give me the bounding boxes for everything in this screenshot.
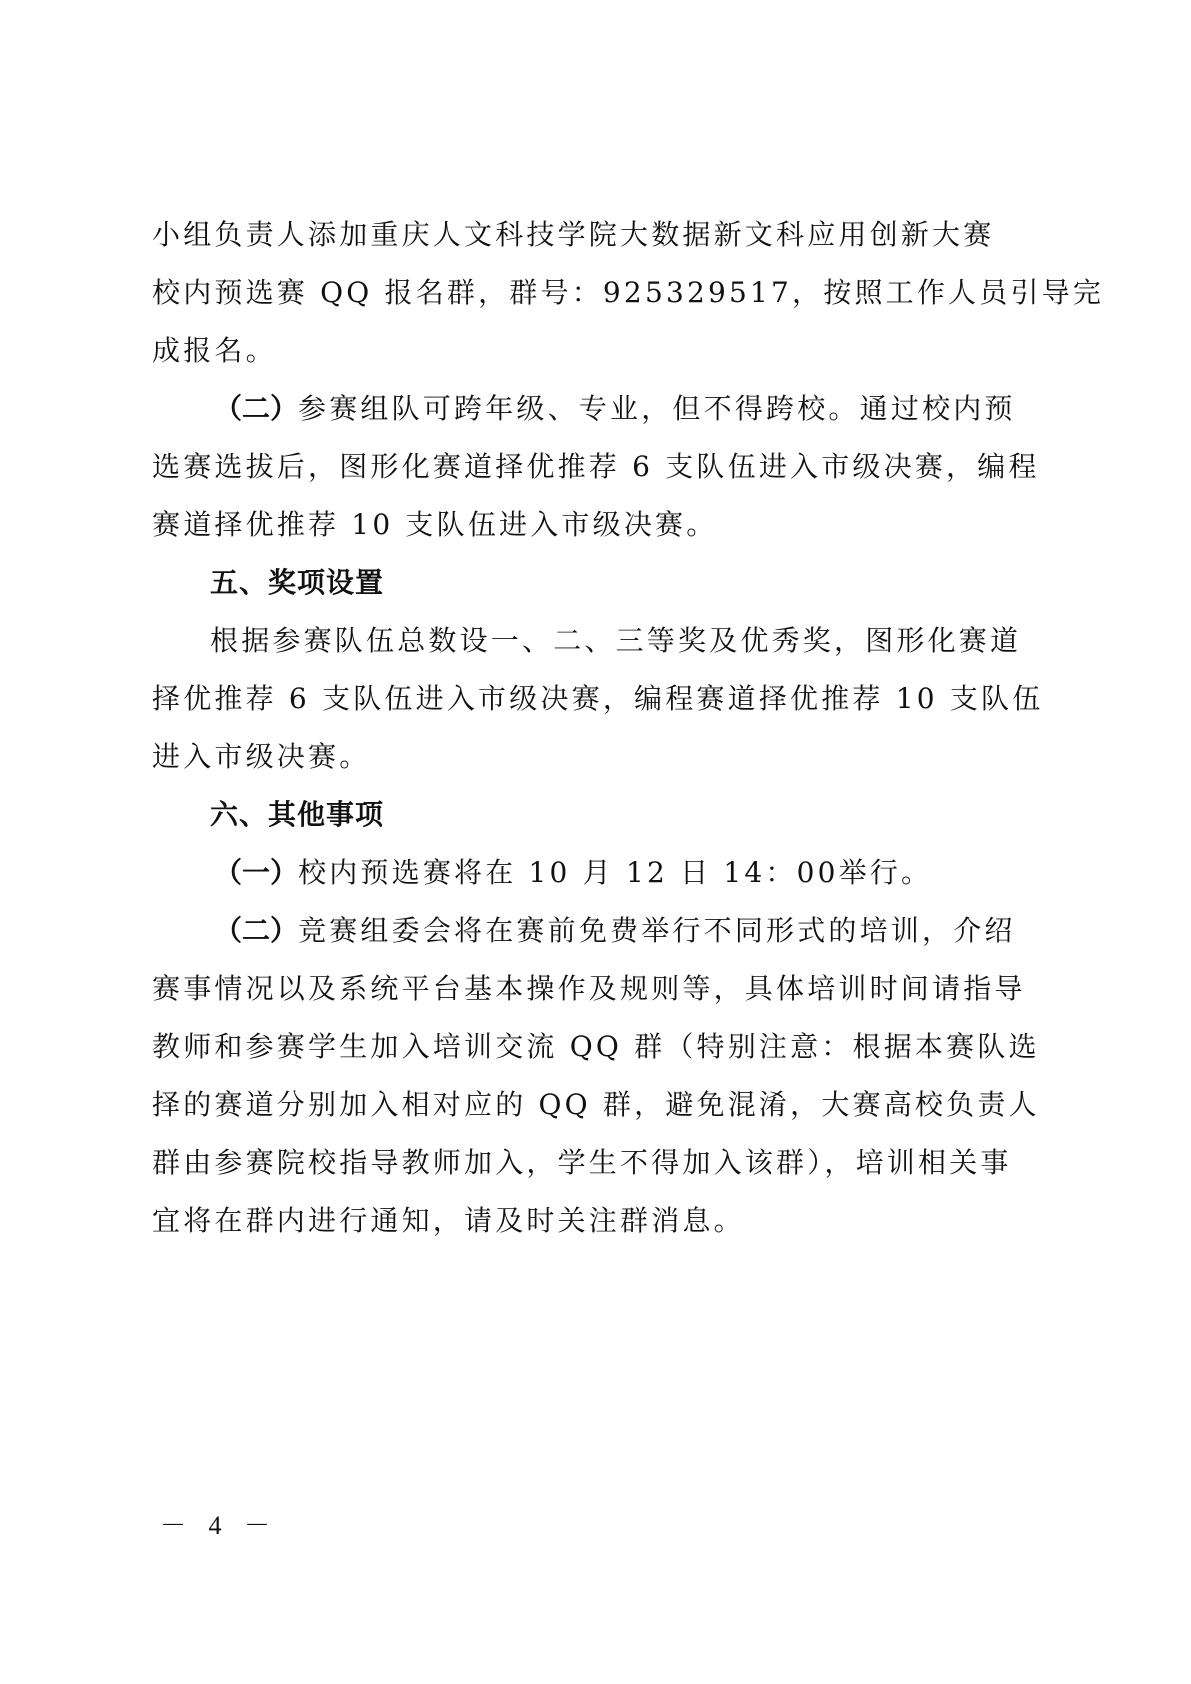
document-page: 小组负责人添加重庆人文科技学院大数据新文科应用创新大赛 校内预选赛 QQ 报名群… [0, 0, 1191, 1684]
paragraph-line: 择优推荐 6 支队伍进入市级决赛，编程赛道择优推荐 10 支队伍 [152, 670, 972, 728]
page-number: － 4 － [160, 1505, 278, 1542]
section4-item2-line: （二）参赛组队可跨年级、专业，但不得跨校。通过校内预 [152, 380, 972, 438]
paragraph-line: 宜将在群内进行通知，请及时关注群消息。 [152, 1192, 972, 1250]
paragraph-line: 赛道择优推荐 10 支队伍进入市级决赛。 [152, 496, 972, 554]
paragraph-line: 教师和参赛学生加入培训交流 QQ 群（特别注意：根据本赛队选 [152, 1018, 972, 1076]
document-body: 小组负责人添加重庆人文科技学院大数据新文科应用创新大赛 校内预选赛 QQ 报名群… [152, 206, 972, 1250]
paragraph-line: 成报名。 [152, 322, 972, 380]
item-marker: （二） [214, 392, 298, 425]
section6-heading: 六、其他事项 [152, 786, 972, 844]
paragraph-line: 择的赛道分别加入相对应的 QQ 群，避免混淆，大赛高校负责人 [152, 1076, 972, 1134]
paragraph-line: 进入市级决赛。 [152, 728, 972, 786]
item-text: 校内预选赛将在 10 月 12 日 14：00举行。 [298, 856, 932, 889]
item-text: 参赛组队可跨年级、专业，但不得跨校。通过校内预 [298, 392, 1016, 425]
paragraph-line: 根据参赛队伍总数设一、二、三等奖及优秀奖，图形化赛道 [152, 612, 972, 670]
item-text: 竞赛组委会将在赛前免费举行不同形式的培训，介绍 [298, 914, 1016, 947]
paragraph-line: 校内预选赛 QQ 报名群，群号：925329517，按照工作人员引导完 [152, 264, 972, 322]
section5-heading: 五、奖项设置 [152, 554, 972, 612]
paragraph-line: 赛事情况以及系统平台基本操作及规则等，具体培训时间请指导 [152, 960, 972, 1018]
item-marker: （二） [214, 914, 298, 947]
item-marker: （一） [214, 856, 298, 889]
paragraph-line: 小组负责人添加重庆人文科技学院大数据新文科应用创新大赛 [152, 206, 972, 264]
section6-item1-line: （一）校内预选赛将在 10 月 12 日 14：00举行。 [152, 844, 972, 902]
paragraph-line: 群由参赛院校指导教师加入，学生不得加入该群），培训相关事 [152, 1134, 972, 1192]
section6-item2-line: （二）竞赛组委会将在赛前免费举行不同形式的培训，介绍 [152, 902, 972, 960]
paragraph-line: 选赛选拔后，图形化赛道择优推荐 6 支队伍进入市级决赛，编程 [152, 438, 972, 496]
